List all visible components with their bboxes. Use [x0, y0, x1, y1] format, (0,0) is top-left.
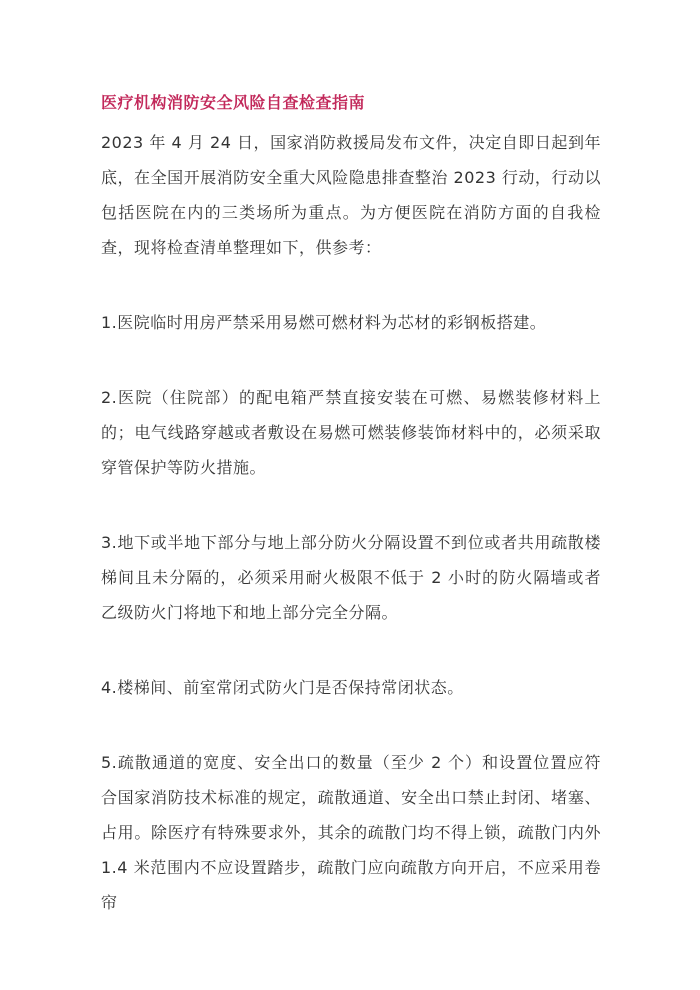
- document-title: 医疗机构消防安全风险自查检查指南: [101, 85, 601, 120]
- checklist-item-1: 1.医院临时用房严禁采用易燃可燃材料为芯材的彩钢板搭建。: [101, 305, 601, 340]
- checklist-item-5: 5.疏散通道的宽度、安全出口的数量（至少 2 个）和设置位置应符合国家消防技术标…: [101, 745, 601, 920]
- checklist-item-3: 3.地下或半地下部分与地上部分防火分隔设置不到位或者共用疏散楼梯间且未分隔的，必…: [101, 525, 601, 630]
- checklist-item-4: 4.楼梯间、前室常闭式防火门是否保持常闭状态。: [101, 670, 601, 705]
- checklist-item-2: 2.医院（住院部）的配电箱严禁直接安装在可燃、易燃装修材料上的；电气线路穿越或者…: [101, 380, 601, 485]
- document-page: 医疗机构消防安全风险自查检查指南 2023 年 4 月 24 日，国家消防救援局…: [0, 0, 700, 990]
- intro-paragraph: 2023 年 4 月 24 日，国家消防救援局发布文件，决定自即日起到年底，在全…: [101, 125, 601, 265]
